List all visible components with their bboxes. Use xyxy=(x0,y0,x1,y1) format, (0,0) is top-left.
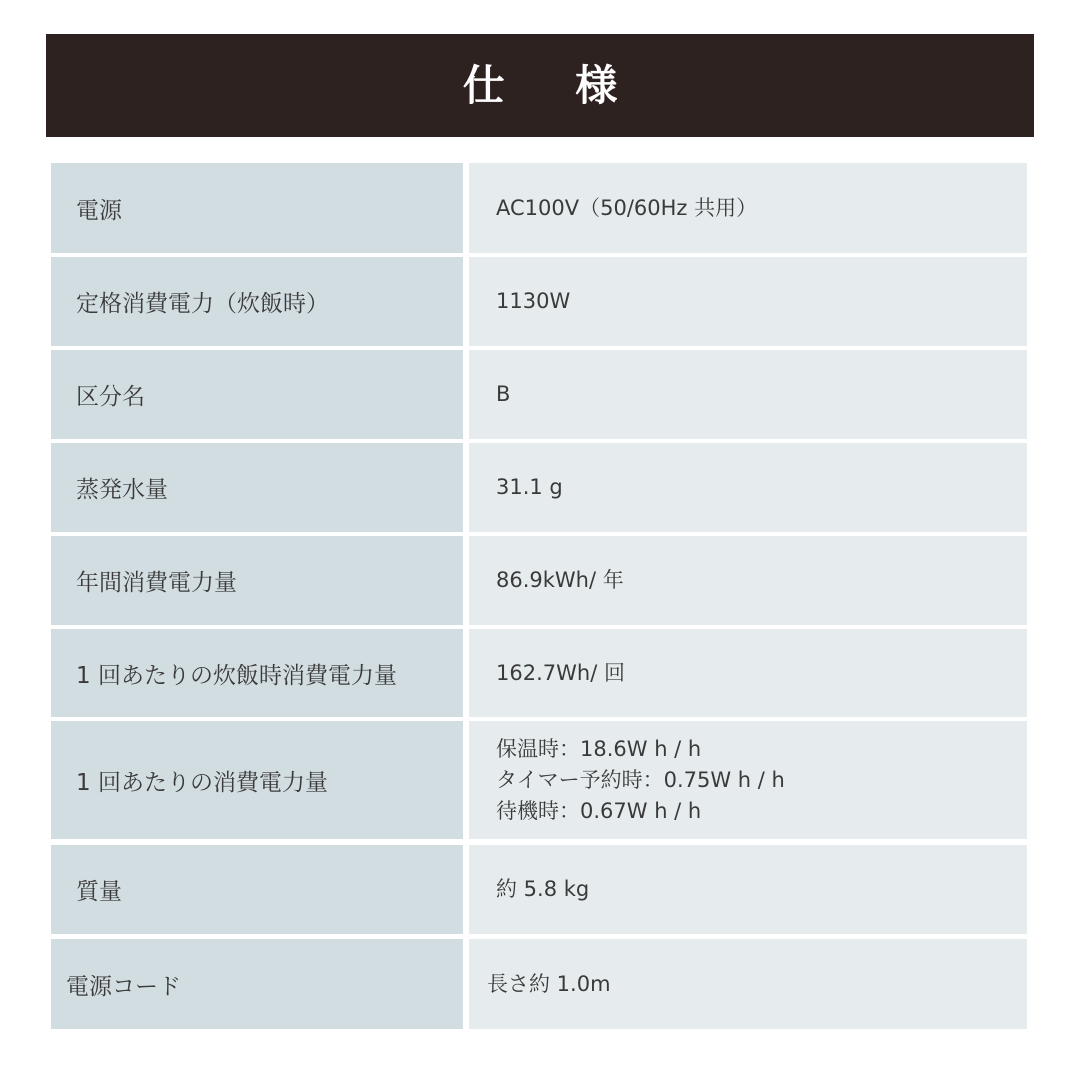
spec-label: 電源 xyxy=(51,163,463,253)
spec-value: 162.7Wh/ 回 xyxy=(469,629,1027,717)
spec-value-text: 保温時：18.6W h / h xyxy=(496,734,1027,765)
spec-row-evaporation: 蒸発水量 31.1 g xyxy=(51,443,1027,532)
spec-label: 電源コード xyxy=(51,939,463,1029)
spec-value-text: B xyxy=(496,379,1027,410)
spec-value-text: タイマー予約時：0.75W h / h xyxy=(496,765,1027,796)
page-title: 仕 様 xyxy=(435,65,646,107)
spec-value: 長さ約 1.0m xyxy=(469,939,1027,1029)
spec-label: 1 回あたりの消費電力量 xyxy=(51,721,463,839)
spec-row-annual-power: 年間消費電力量 86.9kWh/ 年 xyxy=(51,536,1027,625)
spec-value: B xyxy=(469,350,1027,439)
spec-value-text: 86.9kWh/ 年 xyxy=(496,565,1027,596)
spec-value: 86.9kWh/ 年 xyxy=(469,536,1027,625)
spec-value-text: 162.7Wh/ 回 xyxy=(496,658,1027,689)
spec-value-text: AC100V（50/60Hz 共用） xyxy=(496,193,1027,224)
spec-value-text: 31.1 g xyxy=(496,472,1027,503)
spec-value: 約 5.8 kg xyxy=(469,845,1027,934)
spec-row-cooking-power: 1 回あたりの炊飯時消費電力量 162.7Wh/ 回 xyxy=(51,629,1027,717)
spec-value-text: 約 5.8 kg xyxy=(496,874,1027,905)
spec-label: 質量 xyxy=(51,845,463,934)
spec-value: 31.1 g xyxy=(469,443,1027,532)
spec-label: 区分名 xyxy=(51,350,463,439)
spec-table: 電源 AC100V（50/60Hz 共用） 定格消費電力（炊飯時） 1130W … xyxy=(51,163,1027,1033)
spec-value: AC100V（50/60Hz 共用） xyxy=(469,163,1027,253)
spec-value-text: 長さ約 1.0m xyxy=(487,969,1027,1000)
spec-label: 年間消費電力量 xyxy=(51,536,463,625)
spec-label: 1 回あたりの炊飯時消費電力量 xyxy=(51,629,463,717)
spec-row-category: 区分名 B xyxy=(51,350,1027,439)
spec-row-power-source: 電源 AC100V（50/60Hz 共用） xyxy=(51,163,1027,253)
spec-value-text: 1130W xyxy=(496,286,1027,317)
spec-row-weight: 質量 約 5.8 kg xyxy=(51,845,1027,934)
spec-value-text: 待機時：0.67W h / h xyxy=(496,796,1027,827)
spec-label: 定格消費電力（炊飯時） xyxy=(51,257,463,346)
spec-value: 保温時：18.6W h / h タイマー予約時：0.75W h / h 待機時：… xyxy=(469,721,1027,839)
spec-label: 蒸発水量 xyxy=(51,443,463,532)
spec-row-rated-power: 定格消費電力（炊飯時） 1130W xyxy=(51,257,1027,346)
spec-row-per-use-power: 1 回あたりの消費電力量 保温時：18.6W h / h タイマー予約時：0.7… xyxy=(51,721,1027,839)
spec-value: 1130W xyxy=(469,257,1027,346)
spec-row-power-cord: 電源コード 長さ約 1.0m xyxy=(51,939,1027,1029)
spec-header: 仕 様 xyxy=(46,34,1034,137)
